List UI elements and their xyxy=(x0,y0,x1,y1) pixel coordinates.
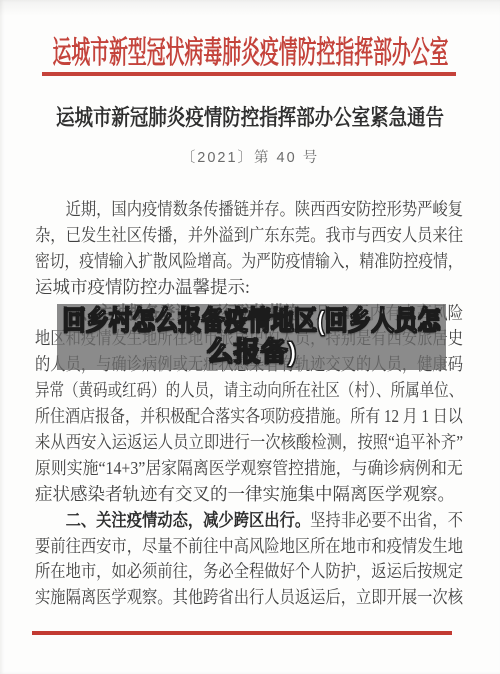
body-line-text: 密切，疫情输入扩散风险增高。为严防疫情输入，精准防控疫情， xyxy=(35,251,463,271)
body-text-line: 症状感染者轨迹有交叉的一律实施集中隔离医学观察。 xyxy=(35,482,463,508)
body-line-text: 实施隔离医学观察。其他跨省出行人员返运后，立即开展一次核 xyxy=(35,587,463,607)
body-text-line: 来从西安入运返运人员立即进行一次核酸检测，按照“追平补齐” xyxy=(35,430,410,456)
body-text-line: 原则实施“14+3”居家隔离医学观察管控措施，与确诊病例和无 xyxy=(35,456,423,482)
body-text-line: 密切，疫情输入扩散风险增高。为严防疫情输入，精准防控疫情， xyxy=(35,249,396,275)
body-text-line: 杂，已发生社区传播，并外溢到广东东莞。我市与西安人员来往 xyxy=(35,223,409,249)
letterhead-org-name: 运城市新型冠状病毒肺炎疫情防控指挥部办公室 xyxy=(52,27,448,72)
body-line-text: 要前往西安市，尽量不前往中高风险地区所在地市和疫情发生地 xyxy=(35,536,463,556)
body-text-line: 实施隔离医学观察。其他跨省出行人员返运后，立即开展一次核 xyxy=(35,585,409,611)
scanned-notice-page: 运城市新型冠状病毒肺炎疫情防控指挥部办公室 运城市新冠肺炎疫情防控指挥部办公室紧… xyxy=(0,0,500,674)
notice-doc-number: 〔2021〕第 40 号 xyxy=(0,146,500,166)
body-text-line: 所住酒店报备，并积极配合落实各项防疫措施。所有 12 月 1 日以 xyxy=(35,404,402,430)
body-line-text: 近期，国内疫情数条传播链并存。陕西西安防控形势严峻复 xyxy=(66,199,463,219)
body-line-text: 异常（黄码或红码）的人员，请主动向所在社区（村）、所属单位、 xyxy=(35,380,463,400)
caption-overlay-line2: 么报备) xyxy=(207,337,297,368)
body-line-text: 运城市疫情防控办温馨提示: xyxy=(35,277,250,297)
body-line-text: 坚持非必要不出省，不 xyxy=(310,510,463,530)
body-text-line: 所在地市，如必须前往，务必全程做好个人防护，返运后按规定 xyxy=(35,559,409,585)
body-line-bold-lead: 二、关注疫情动态，减少跨区出行。 xyxy=(66,510,311,530)
body-line-text: 原则实施“14+3”居家隔离医学观察管控措施，与确诊病例和无 xyxy=(35,458,463,478)
body-text-line: 运城市疫情防控办温馨提示: xyxy=(35,275,463,301)
next-page-top-rule xyxy=(32,631,452,635)
body-line-text: 杂，已发生社区传播，并外溢到广东东莞。我市与西安人员来往 xyxy=(35,225,463,245)
letterhead-underline xyxy=(42,72,456,76)
caption-overlay: 回乡村怎么报备疫情地区(回乡人员怎 么报备) xyxy=(57,304,446,370)
caption-overlay-line1: 回乡村怎么报备疫情地区(回乡人员怎 xyxy=(63,306,441,337)
body-text-line: 近期，国内疫情数条传播链并存。陕西西安防控形势严峻复 xyxy=(35,197,409,223)
letterhead-banner: 运城市新型冠状病毒肺炎疫情防控指挥部办公室 xyxy=(0,28,500,70)
notice-title-row: 运城市新冠肺炎疫情防控指挥部办公室紧急通告 xyxy=(0,102,500,130)
notice-body: 近期，国内疫情数条传播链并存。陕西西安防控形势严峻复杂，已发生社区传播，并外溢到… xyxy=(35,197,463,611)
body-text-line: 异常（黄码或红码）的人员，请主动向所在社区（村）、所属单位、 xyxy=(35,378,390,404)
body-line-text: 所住酒店报备，并积极配合落实各项防疫措施。所有 12 月 1 日以 xyxy=(35,406,463,426)
body-line-text: 症状感染者轨迹有交叉的一律实施集中隔离医学观察。 xyxy=(35,484,455,504)
body-line-text: 来从西安入运返运人员立即进行一次核酸检测，按照“追平补齐” xyxy=(35,432,463,452)
body-text-line: 要前往西安市，尽量不前往中高风险地区所在地市和疫情发生地 xyxy=(35,534,409,560)
notice-title: 运城市新冠肺炎疫情防控指挥部办公室紧急通告 xyxy=(56,101,444,132)
body-text-line: 二、关注疫情动态，减少跨区出行。坚持非必要不出省，不 xyxy=(35,508,409,534)
body-line-text: 所在地市，如必须前往，务必全程做好个人防护，返运后按规定 xyxy=(35,561,463,581)
